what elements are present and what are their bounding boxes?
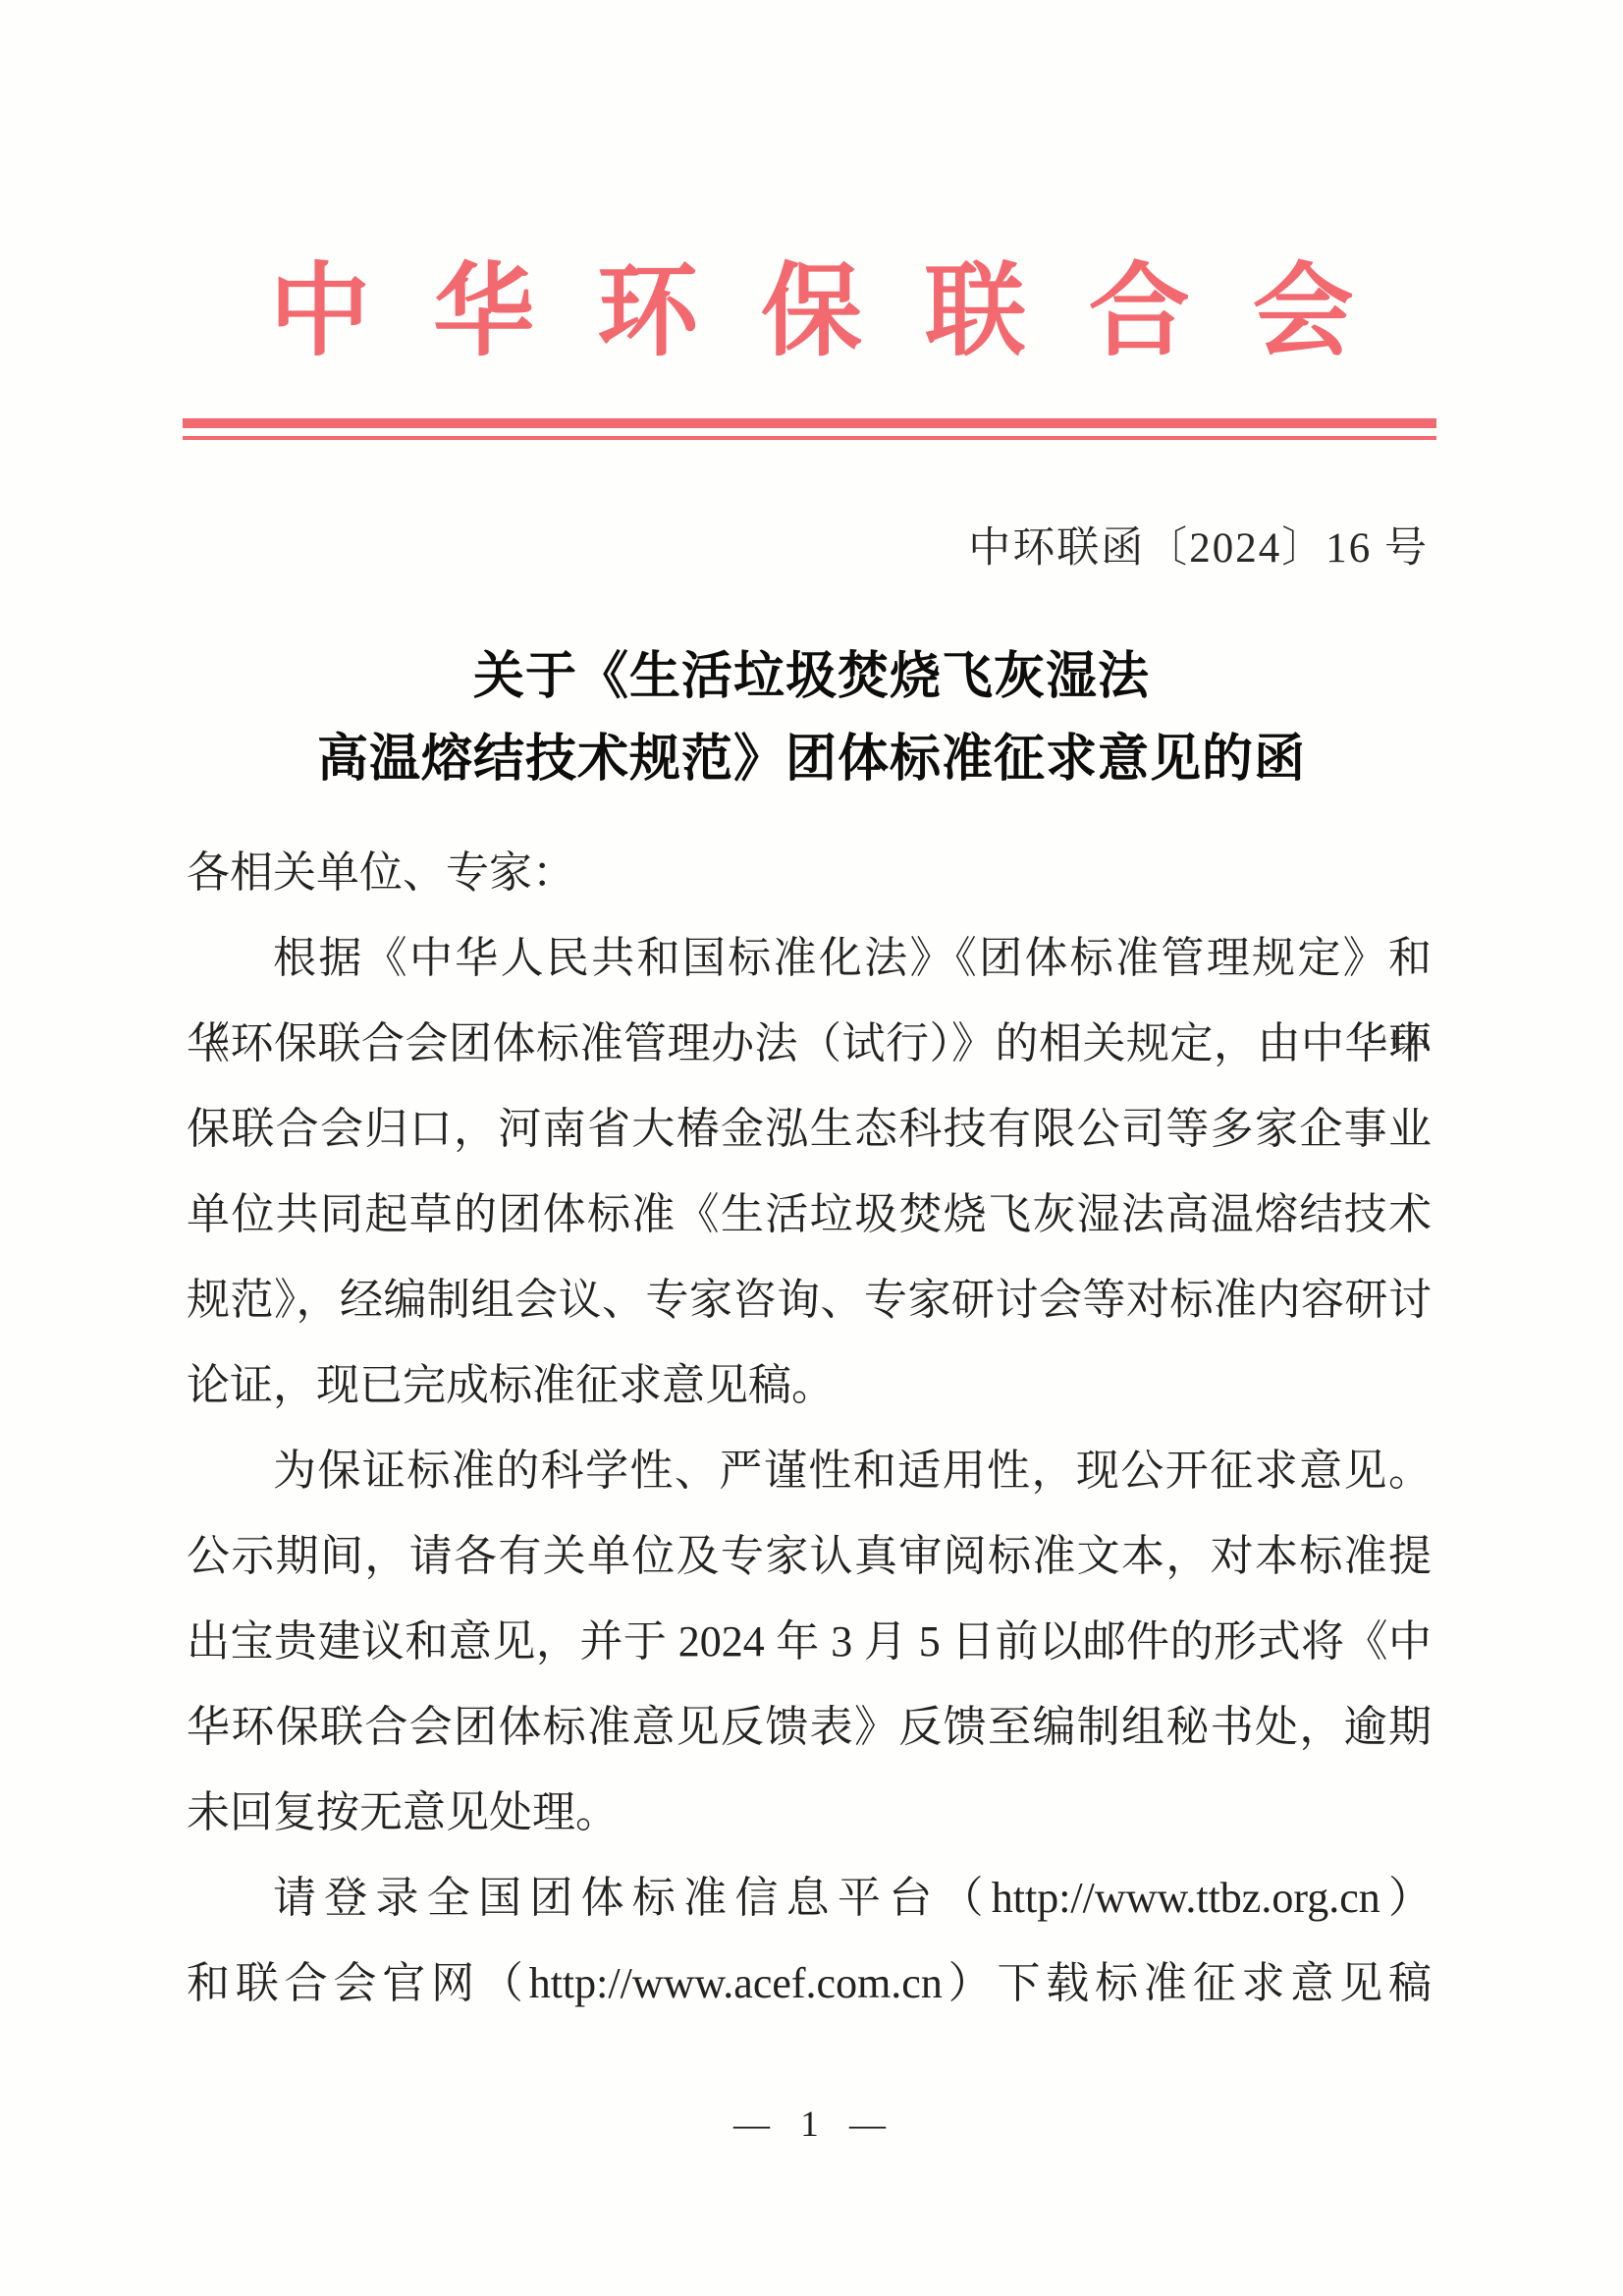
- doc-title: 关于《生活垃圾焚烧飞灰湿法 高温熔结技术规范》团体标准征求意见的函: [0, 636, 1623, 801]
- body-line: 根据《中华人民共和国标准化法》《团体标准管理规定》和《中: [187, 915, 1432, 1001]
- page-number: — 1 —: [0, 2104, 1623, 2146]
- doc-number: 中环联函〔2024〕16 号: [968, 515, 1429, 574]
- salutation: 各相关单位、专家：: [187, 830, 1432, 915]
- body-line: 和联合会官网（http://www.acef.com.cn）下载标准征求意见稿: [187, 1941, 1432, 2026]
- body-line: 为保证标准的科学性、严谨性和适用性，现公开征求意见。: [187, 1428, 1432, 1513]
- doc-title-line-2: 高温熔结技术规范》团体标准征求意见的函: [0, 719, 1623, 801]
- body-line: 请登录全国团体标准信息平台（http://www.ttbz.org.cn）: [187, 1855, 1432, 1941]
- body-line: 华环保联合会团体标准管理办法（试行）》的相关规定，由中华环: [187, 1001, 1432, 1086]
- body-text: 各相关单位、专家： 根据《中华人民共和国标准化法》《团体标准管理规定》和《中 华…: [187, 830, 1432, 2026]
- body-line: 单位共同起草的团体标准《生活垃圾焚烧飞灰湿法高温熔结技术: [187, 1172, 1432, 1257]
- org-name-header: 中华环保联合会: [0, 244, 1623, 381]
- body-line: 论证，现已完成标准征求意见稿。: [187, 1342, 1432, 1428]
- red-divider-thin: [183, 436, 1436, 440]
- body-line: 华环保联合会团体标准意见反馈表》反馈至编制组秘书处，逾期: [187, 1684, 1432, 1770]
- body-line: 出宝贵建议和意见，并于 2024 年 3 月 5 日前以邮件的形式将《中: [187, 1599, 1432, 1684]
- red-divider-thick: [183, 418, 1436, 428]
- body-line: 未回复按无意见处理。: [187, 1770, 1432, 1855]
- document-page: 中华环保联合会 中环联函〔2024〕16 号 关于《生活垃圾焚烧飞灰湿法 高温熔…: [0, 0, 1623, 2296]
- body-line: 公示期间，请各有关单位及专家认真审阅标准文本，对本标准提: [187, 1513, 1432, 1599]
- doc-title-line-1: 关于《生活垃圾焚烧飞灰湿法: [0, 636, 1623, 719]
- body-line: 规范》，经编制组会议、专家咨询、专家研讨会等对标准内容研讨: [187, 1257, 1432, 1342]
- body-line: 保联合会归口，河南省大椿金泓生态科技有限公司等多家企事业: [187, 1086, 1432, 1172]
